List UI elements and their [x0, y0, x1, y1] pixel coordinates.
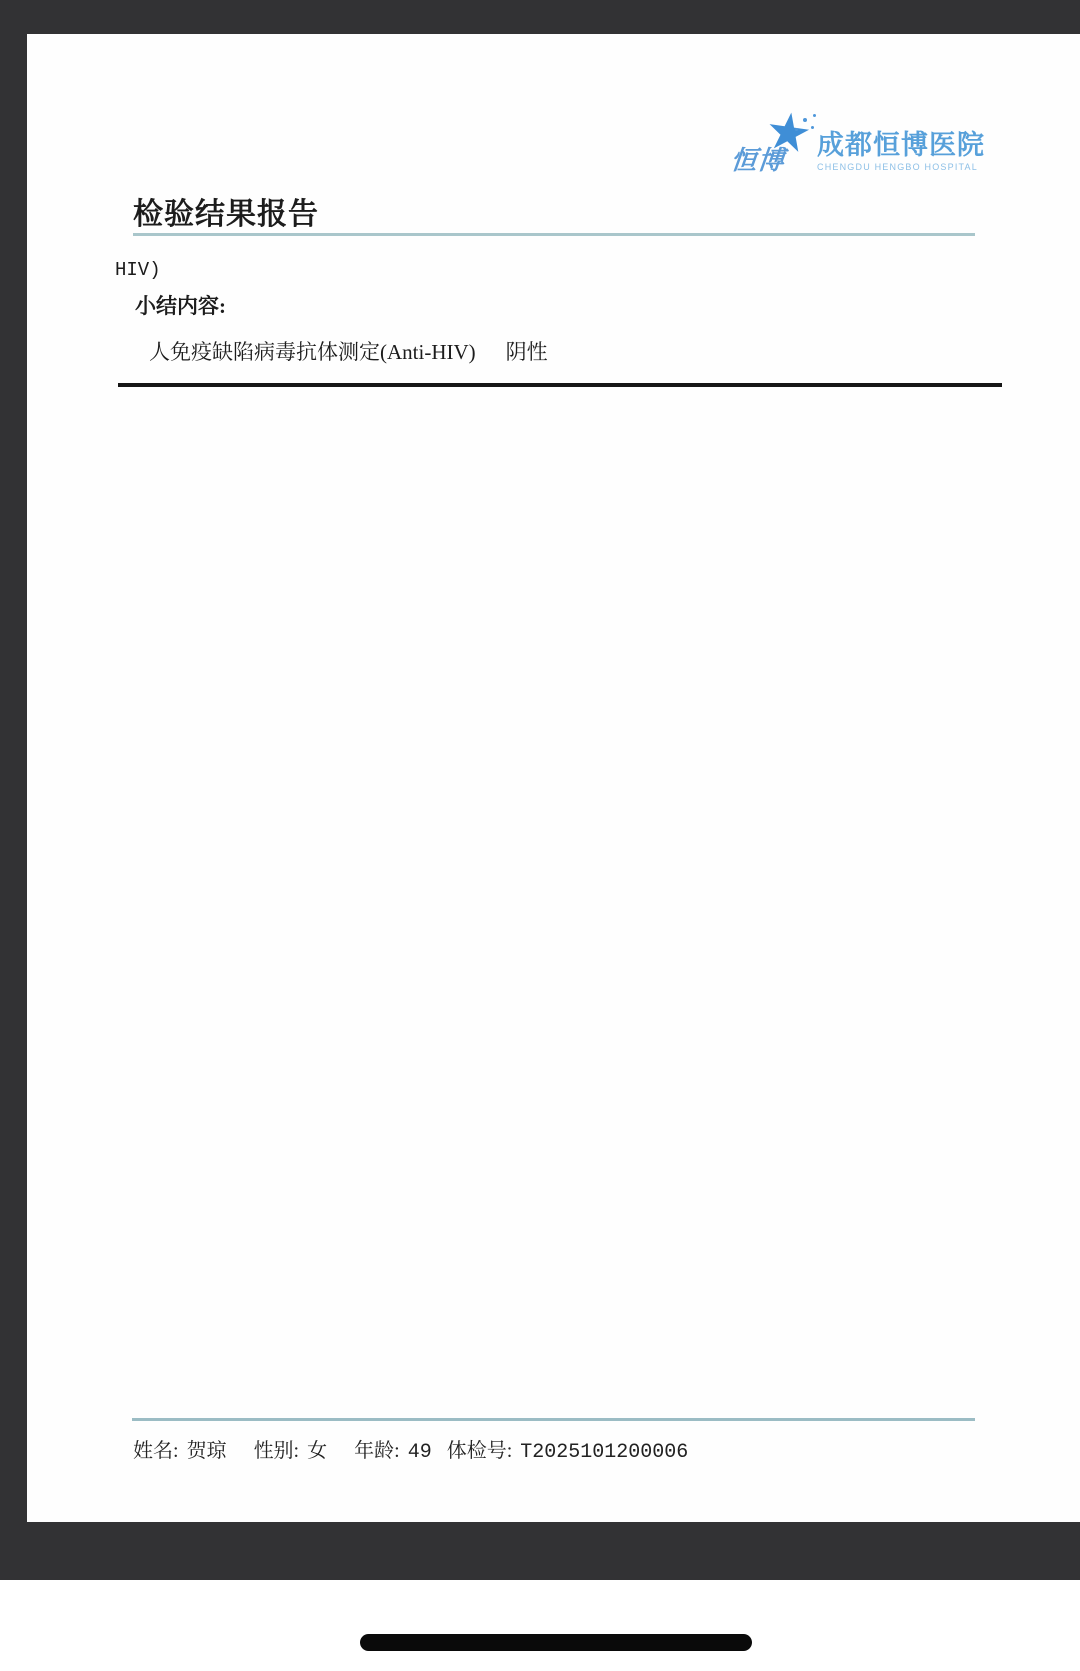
patient-gender-label: 性别: — [254, 1440, 300, 1462]
patient-name-field: 姓名:贺琼 — [133, 1440, 227, 1462]
phone-screen: 恒博 ★ 成都恒博医院 CHENGDU HENGBO HOSPITAL 检验结果… — [0, 0, 1080, 1671]
viewer-frame-bottom — [0, 1522, 1080, 1580]
patient-age-field: 年龄:49 — [354, 1440, 432, 1462]
patient-age-value: 49 — [408, 1441, 432, 1464]
test-result: 阴性 — [506, 340, 548, 364]
patient-gender-field: 性别:女 — [254, 1440, 328, 1462]
patient-age-label: 年龄: — [354, 1440, 400, 1462]
footer-rule — [132, 1418, 975, 1421]
star-icon: ★ — [762, 105, 815, 163]
home-indicator[interactable] — [360, 1634, 752, 1651]
exam-id-label: 体检号: — [447, 1440, 513, 1462]
hospital-name-cn: 成都恒博医院 — [817, 130, 985, 160]
sparkle-dot-icon — [803, 118, 807, 122]
sparkle-dot-icon — [813, 114, 816, 117]
patient-name-value: 贺琼 — [187, 1440, 227, 1462]
result-line: 人免疫缺陷病毒抗体测定(Anti-HIV)阴性 — [149, 336, 548, 366]
overflow-text: HIV) — [115, 259, 161, 281]
gesture-bar-area — [0, 1580, 1080, 1671]
summary-label: 小结内容: — [135, 290, 226, 320]
patient-info-footer: 姓名:贺琼 性别:女 年龄:49 体检号:T2025101200006 — [133, 1434, 710, 1464]
report-title: 检验结果报告 — [133, 189, 319, 233]
logo-names: 成都恒博医院 CHENGDU HENGBO HOSPITAL — [817, 130, 985, 172]
test-name: 人免疫缺陷病毒抗体测定(Anti-HIV) — [149, 340, 476, 364]
exam-id-field: 体检号:T2025101200006 — [447, 1440, 689, 1462]
hospital-logo: 恒博 ★ 成都恒博医院 CHENGDU HENGBO HOSPITAL — [725, 116, 995, 178]
report-page[interactable]: 恒博 ★ 成都恒博医院 CHENGDU HENGBO HOSPITAL 检验结果… — [27, 34, 1080, 1522]
section-rule — [118, 383, 1002, 387]
viewer-frame-top — [0, 0, 1080, 34]
title-underline — [133, 233, 975, 236]
logo-mark: 恒博 ★ — [725, 116, 817, 178]
sparkle-dot-icon — [795, 128, 798, 131]
sparkle-dot-icon — [811, 126, 814, 129]
exam-id-value: T2025101200006 — [520, 1441, 688, 1464]
patient-gender-value: 女 — [307, 1440, 327, 1462]
viewer-frame-left — [0, 34, 27, 1580]
hospital-name-en: CHENGDU HENGBO HOSPITAL — [817, 162, 985, 172]
patient-name-label: 姓名: — [133, 1440, 179, 1462]
